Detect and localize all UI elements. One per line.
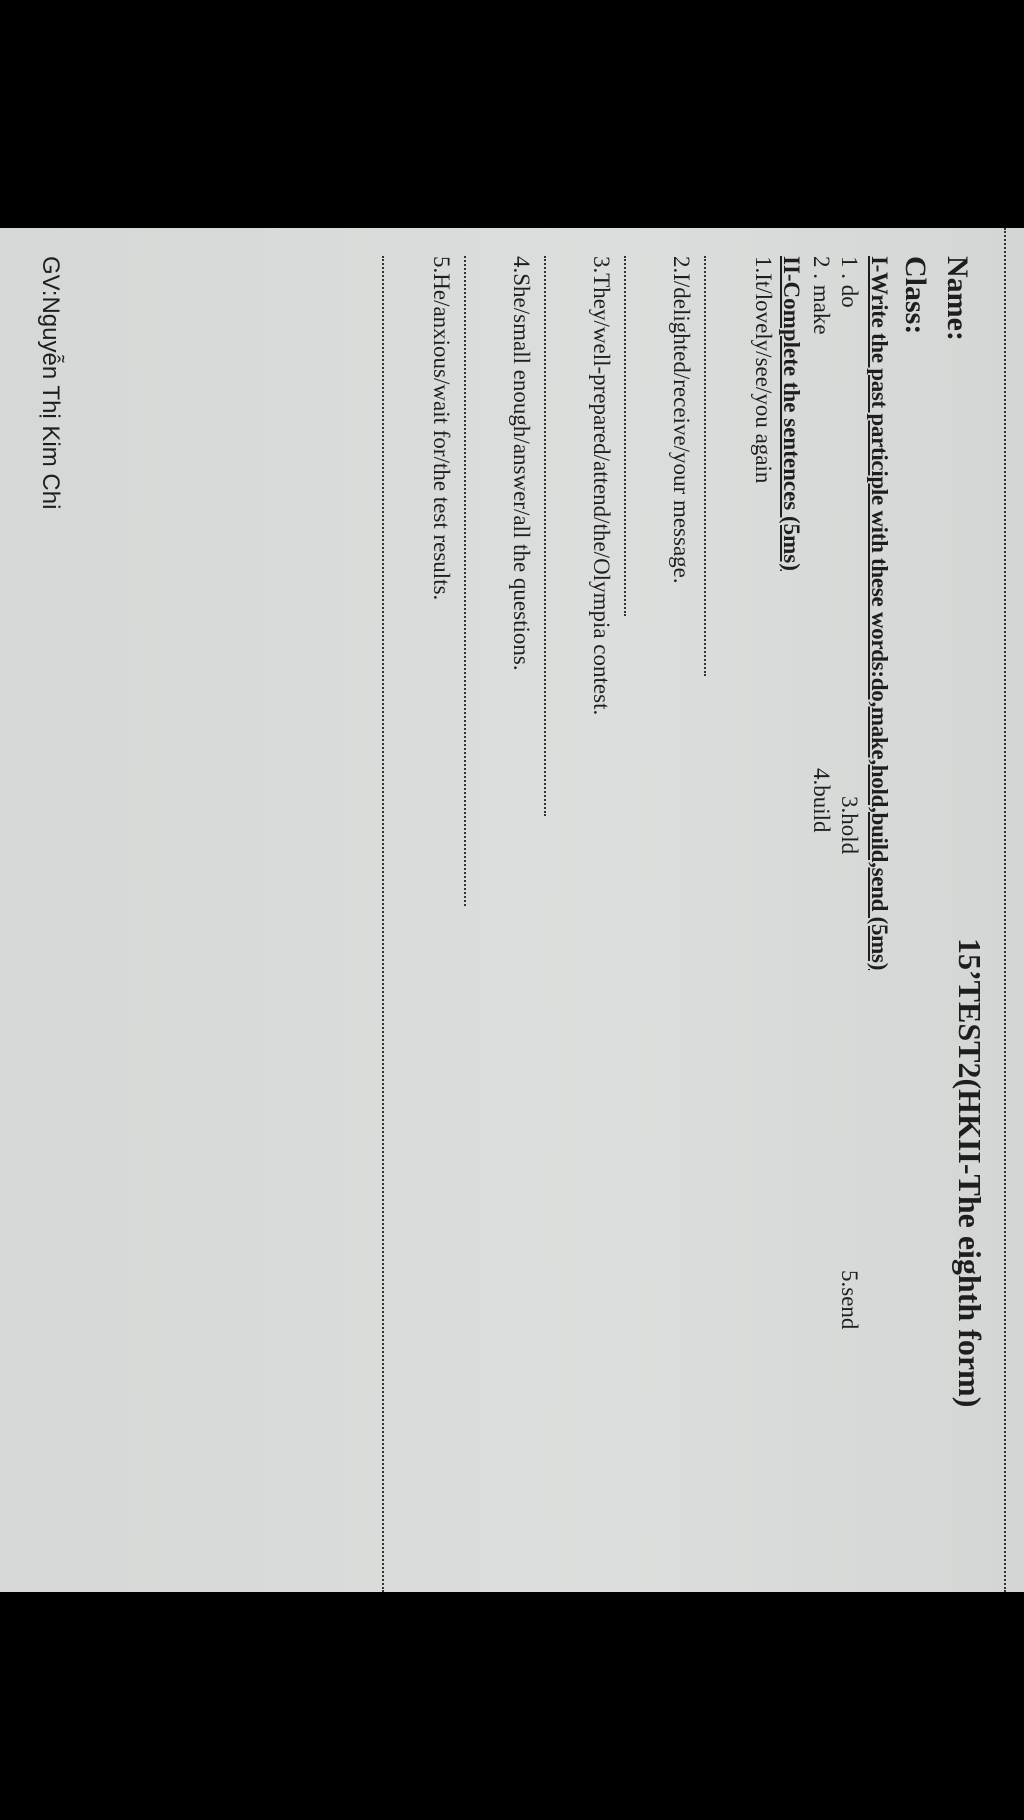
section1-item-2: 2 . make <box>808 256 834 335</box>
section1-item-3: 3.hold <box>836 796 862 854</box>
section1-item-1: 1 . do <box>836 256 862 308</box>
teacher-name: GV:Nguyễn Thị Kim Chi <box>36 256 64 509</box>
class-label: Class: <box>898 256 932 334</box>
section2-heading: II-Complete the sentences (5ms) <box>778 256 804 571</box>
section1-item-4: 4.build <box>808 768 834 833</box>
section1-heading: I-Write the past participle with these w… <box>866 256 892 970</box>
answer-line-2[interactable] <box>624 256 626 616</box>
question-5: 5.He/anxious/wait for/the test results. <box>428 256 454 600</box>
worksheet-page: Name: 15’TEST2(HKII-The eighth form) Cla… <box>0 228 1024 1592</box>
page-title: 15’TEST2(HKII-The eighth form) <box>951 938 988 1407</box>
question-2: 2.I/delighted/receive/your message. <box>668 256 694 584</box>
section1-item-5: 5.send <box>836 1270 862 1329</box>
answer-line-1[interactable] <box>704 256 706 676</box>
answer-line-4[interactable] <box>464 256 466 906</box>
question-1: 1.It/lovely/see/you again <box>750 256 776 483</box>
name-label: Name: <box>940 256 974 341</box>
answer-line-5[interactable] <box>382 256 384 1592</box>
name-answer-line[interactable] <box>1004 228 1006 1592</box>
answer-line-3[interactable] <box>544 256 546 816</box>
question-3: 3.They/well-prepared/attend/the/Olympia … <box>588 256 614 715</box>
question-4: 4.She/small enough/answer/all the questi… <box>508 256 534 671</box>
